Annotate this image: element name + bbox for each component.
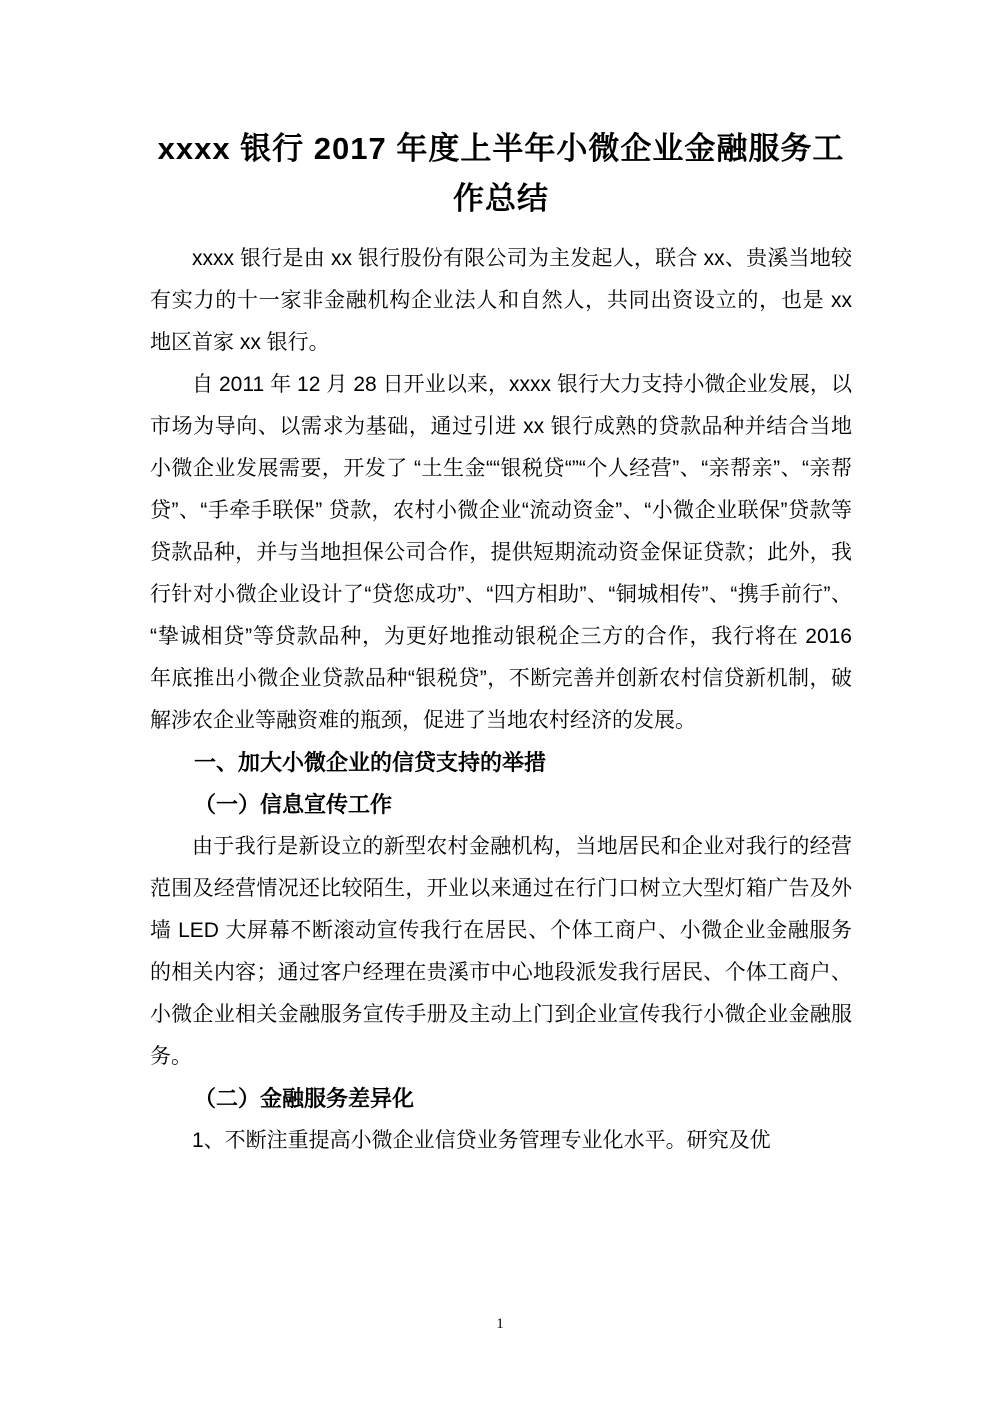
paragraph-bank-introduction: xxxx 银行是由 xx 银行股份有限公司为主发起人，联合 xx、贵溪当地较有实… [150, 238, 852, 364]
paragraph-publicity-work: 由于我行是新设立的新型农村金融机构，当地居民和企业对我行的经营范围及经营情况还比… [150, 826, 852, 1078]
section-heading-credit-support: 一、加大小微企业的信贷支持的举措 [150, 742, 852, 784]
paragraph-business-development: 自 2011 年 12 月 28 日开业以来，xxxx 银行大力支持小微企业发展… [150, 364, 852, 742]
document-title: xxxx 银行 2017 年度上半年小微企业金融服务工作总结 [150, 124, 852, 224]
document-page: xxxx 银行 2017 年度上半年小微企业金融服务工作总结 xxxx 银行是由… [0, 0, 1000, 1415]
subsection-heading-information-publicity: （一）信息宣传工作 [150, 784, 852, 826]
page-number: 1 [0, 1316, 1000, 1333]
subsection-heading-service-differentiation: （二）金融服务差异化 [150, 1078, 852, 1120]
paragraph-credit-professionalization: 1、不断注重提高小微企业信贷业务管理专业化水平。研究及优 [150, 1120, 852, 1162]
document-content: xxxx 银行 2017 年度上半年小微企业金融服务工作总结 xxxx 银行是由… [0, 0, 1000, 1162]
